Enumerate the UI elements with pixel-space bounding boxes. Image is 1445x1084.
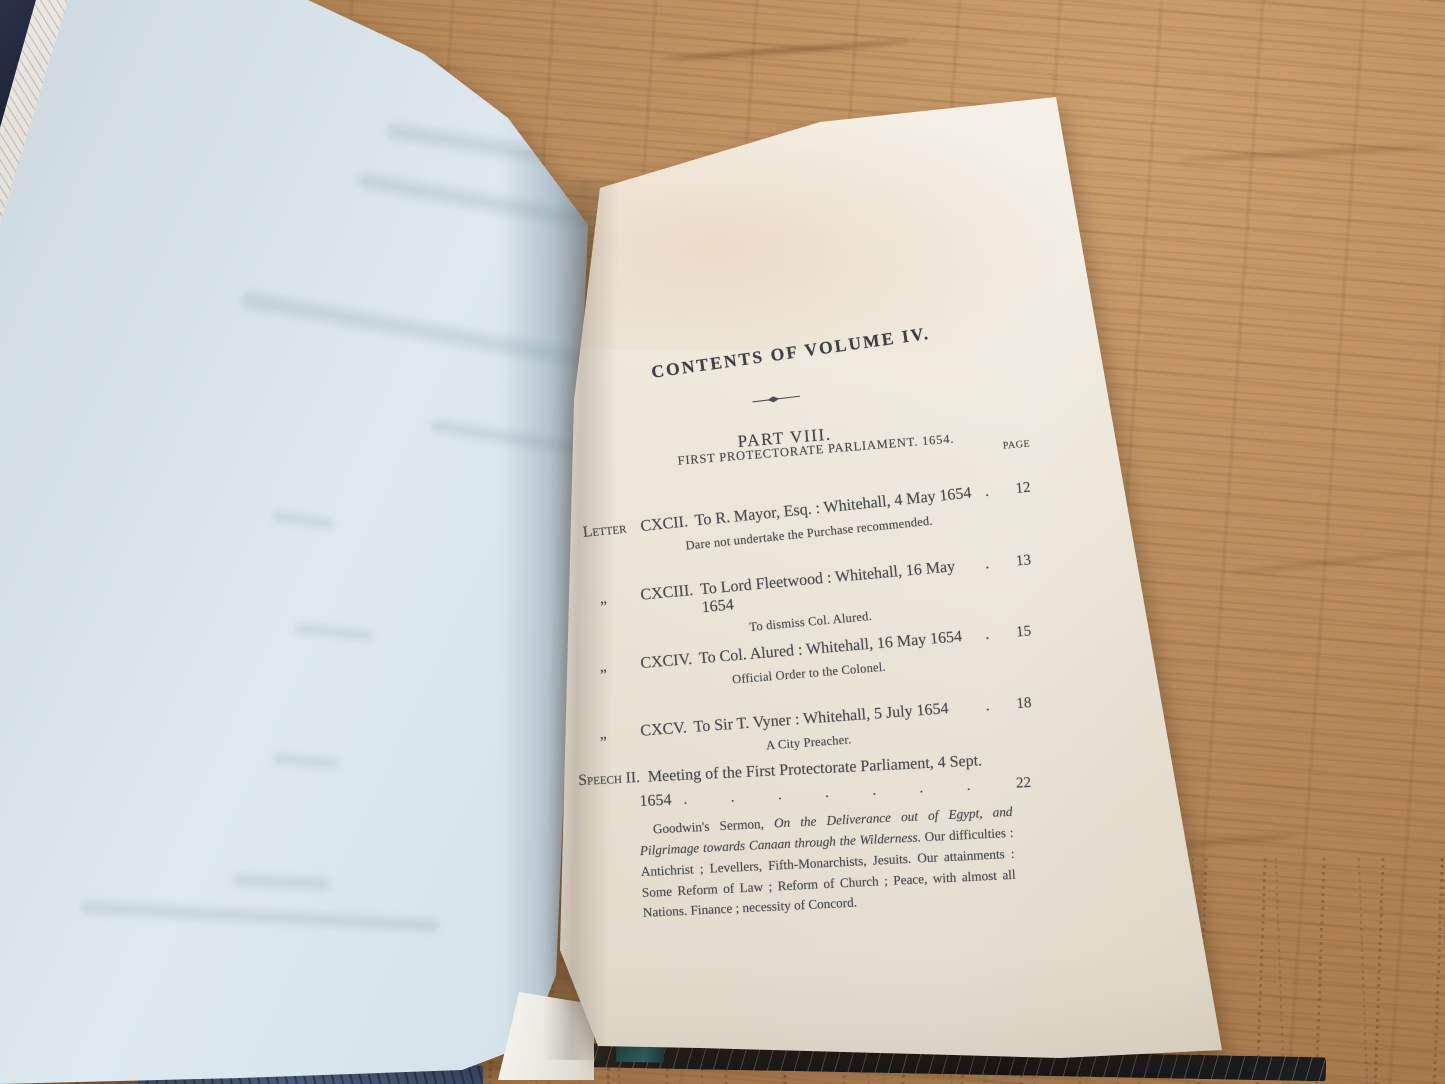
entry-numeral: CXCII. <box>640 513 689 536</box>
entry-numeral: CXCIV. <box>640 651 693 673</box>
entry-page-number: 13 <box>1002 552 1031 571</box>
entry-page-number: 18 <box>1003 695 1032 714</box>
photo-open-book-on-table: CONTENTS OF VOLUME IV. PART VIII. FIRST … <box>0 0 1445 1084</box>
entry-numeral: CXCV. <box>640 719 688 740</box>
toc-entry-speech-ii: Speech II. Meeting of the First Protecto… <box>578 750 1037 927</box>
right-page-gutter-tint <box>560 90 1080 350</box>
leader-dot: . <box>984 554 1004 574</box>
page-column-label: PAGE <box>1003 438 1031 451</box>
toc-entry-letter-cxcii: Letter CXCII. To R. Mayor, Esq. : Whiteh… <box>582 479 1034 564</box>
speech-description: Goodwin's Sermon, On the Deliverance out… <box>638 802 1017 924</box>
divider-ornament-icon <box>752 392 801 406</box>
speech-description-prefix: Goodwin's Sermon, <box>653 815 775 836</box>
entry-page-number: 15 <box>1003 623 1032 642</box>
entry-numeral: CXCIII. <box>640 582 694 605</box>
speech-year: 1654 <box>639 791 672 811</box>
right-page-shadow: CONTENTS OF VOLUME IV. PART VIII. FIRST … <box>0 0 1445 1084</box>
leader-dot: . <box>985 696 1004 715</box>
leader-dot: . <box>985 625 1004 644</box>
entry-page-number: 12 <box>1002 480 1032 500</box>
book-right-page: CONTENTS OF VOLUME IV. PART VIII. FIRST … <box>0 0 1445 1084</box>
speech-page-number: 22 <box>1003 775 1032 793</box>
book-gutter-shadow <box>542 180 620 1061</box>
leader-dot: . <box>984 481 1004 501</box>
